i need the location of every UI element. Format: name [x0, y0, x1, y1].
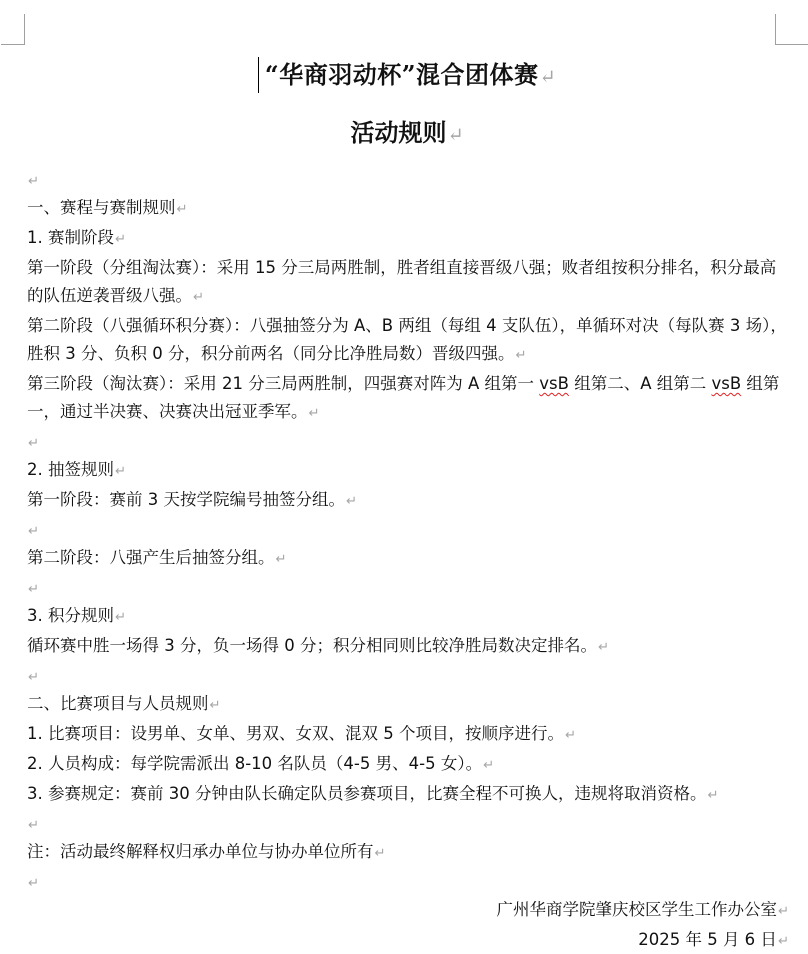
empty-paragraph: ↵	[27, 574, 787, 602]
draw-stage1-text: 第一阶段：赛前 3 天按学院编号抽签分组。	[27, 490, 345, 509]
paragraph-mark-icon: ↵	[28, 670, 39, 685]
paragraph-mark-icon: ↵	[115, 610, 126, 625]
paragraph-mark-icon: ↵	[540, 65, 557, 88]
title-text: “华商羽动杯”混合团体赛	[265, 60, 539, 89]
stage1-paragraph: 第一阶段（分组淘汰赛）：采用 15 分三局两胜制，胜者组直接晋级八强；败者组按积…	[27, 254, 787, 312]
paragraph-mark-icon: ↵	[276, 552, 287, 567]
paragraph-mark-icon: ↵	[177, 202, 188, 217]
paragraph-mark-icon: ↵	[115, 232, 126, 247]
section2-item: 2. 人员构成：每学院需派出 8-10 名队员（4-5 男、4-5 女）。↵	[27, 750, 787, 780]
paragraph-mark-icon: ↵	[375, 846, 386, 861]
organization-text: 广州华商学院肇庆校区学生工作办公室	[496, 900, 777, 919]
spellcheck-flagged-word[interactable]: vsB	[539, 374, 569, 393]
paragraph-mark-icon: ↵	[778, 904, 789, 919]
paragraph-mark-icon: ↵	[483, 758, 494, 773]
paragraph-mark-icon: ↵	[346, 494, 357, 509]
section1-heading: 一、赛程与赛制规则↵	[27, 194, 787, 224]
section2-item-text: 3. 参赛规定：赛前 30 分钟由队长确定队员参赛项目，比赛全程不可换人，违规将…	[27, 784, 706, 803]
spellcheck-flagged-word[interactable]: vsB	[711, 374, 741, 393]
draw-stage1-paragraph: 第一阶段：赛前 3 天按学院编号抽签分组。↵	[27, 486, 787, 516]
paragraph-mark-icon: ↵	[707, 788, 718, 803]
section2-heading: 二、比赛项目与人员规则↵	[27, 690, 787, 720]
paragraph-mark-icon: ↵	[447, 123, 463, 146]
document-page[interactable]: “华商羽动杯”混合团体赛↵ 活动规则↵ ↵ 一、赛程与赛制规则↵ 1. 赛制阶段…	[27, 50, 787, 954]
subtitle-text: 活动规则	[350, 118, 446, 147]
paragraph-mark-icon: ↵	[193, 290, 204, 305]
subsection-heading-text: 1. 赛制阶段	[27, 228, 114, 247]
stage2-text: 第二阶段（八强循环积分赛）：八强抽签分为 A、B 两组（每组 4 支队伍），单循…	[27, 316, 787, 363]
paragraph-mark-icon: ↵	[309, 406, 320, 421]
section2-heading-text: 二、比赛项目与人员规则	[27, 694, 209, 713]
paragraph-mark-icon: ↵	[28, 818, 39, 833]
subsection-heading-text: 2. 抽签规则	[27, 460, 114, 479]
subsection-heading-draw: 2. 抽签规则↵	[27, 456, 787, 486]
draw-stage2-text: 第二阶段：八强产生后抽签分组。	[27, 548, 275, 567]
empty-paragraph: ↵	[27, 428, 787, 456]
note-text: 注：活动最终解释权归承办单位与协办单位所有	[27, 842, 374, 861]
paragraph-mark-icon: ↵	[210, 698, 221, 713]
paragraph-mark-icon: ↵	[515, 348, 526, 363]
signature-organization: 广州华商学院肇庆校区学生工作办公室↵	[27, 896, 789, 926]
subsection-heading-scoring: 3. 积分规则↵	[27, 602, 787, 632]
stage2-paragraph: 第二阶段（八强循环积分赛）：八强抽签分为 A、B 两组（每组 4 支队伍），单循…	[27, 312, 787, 370]
section1-heading-text: 一、赛程与赛制规则	[27, 198, 176, 217]
paragraph-mark-icon: ↵	[28, 582, 39, 597]
document-subtitle: 活动规则↵	[27, 108, 787, 158]
stage1-text: 第一阶段（分组淘汰赛）：采用 15 分三局两胜制，胜者组直接晋级八强；败者组按积…	[27, 258, 776, 305]
draw-stage2-paragraph: 第二阶段：八强产生后抽签分组。↵	[27, 544, 787, 574]
stage3-text-part2: 组第二、A 组第二	[569, 374, 712, 393]
stage3-text-part1: 第三阶段（淘汰赛）：采用 21 分三局两胜制，四强赛对阵为 A 组第一	[27, 374, 539, 393]
signature-date: 2025 年 5 月 6 日↵	[27, 926, 789, 954]
top-right-margin-mark	[775, 14, 808, 45]
date-text: 2025 年 5 月 6 日	[638, 930, 777, 949]
scoring-rule-text: 循环赛中胜一场得 3 分，负一场得 0 分；积分相同则比较净胜局数决定排名。	[27, 636, 597, 655]
empty-paragraph: ↵	[27, 516, 787, 544]
paragraph-mark-icon: ↵	[28, 876, 39, 891]
empty-paragraph: ↵	[27, 810, 787, 838]
stage3-paragraph: 第三阶段（淘汰赛）：采用 21 分三局两胜制，四强赛对阵为 A 组第一 vsB …	[27, 370, 787, 428]
subsection-heading-format: 1. 赛制阶段↵	[27, 224, 787, 254]
section2-item: 1. 比赛项目：设男单、女单、男双、女双、混双 5 个项目，按顺序进行。↵	[27, 720, 787, 750]
top-left-margin-mark	[1, 14, 25, 45]
section2-item-text: 1. 比赛项目：设男单、女单、男双、女双、混双 5 个项目，按顺序进行。	[27, 724, 564, 743]
document-body: ↵ 一、赛程与赛制规则↵ 1. 赛制阶段↵ 第一阶段（分组淘汰赛）：采用 15 …	[27, 166, 787, 954]
empty-paragraph: ↵	[27, 166, 787, 194]
paragraph-mark-icon: ↵	[28, 436, 39, 451]
text-cursor	[258, 57, 259, 93]
paragraph-mark-icon: ↵	[598, 640, 609, 655]
paragraph-mark-icon: ↵	[28, 174, 39, 189]
note-paragraph: 注：活动最终解释权归承办单位与协办单位所有↵	[27, 838, 787, 868]
empty-paragraph: ↵	[27, 662, 787, 690]
scoring-rule-paragraph: 循环赛中胜一场得 3 分，负一场得 0 分；积分相同则比较净胜局数决定排名。↵	[27, 632, 787, 662]
paragraph-mark-icon: ↵	[778, 934, 789, 949]
paragraph-mark-icon: ↵	[565, 728, 576, 743]
empty-paragraph: ↵	[27, 868, 787, 896]
paragraph-mark-icon: ↵	[115, 464, 126, 479]
section2-item-text: 2. 人员构成：每学院需派出 8-10 名队员（4-5 男、4-5 女）。	[27, 754, 482, 773]
section2-item: 3. 参赛规定：赛前 30 分钟由队长确定队员参赛项目，比赛全程不可换人，违规将…	[27, 780, 787, 810]
paragraph-mark-icon: ↵	[28, 524, 39, 539]
document-title: “华商羽动杯”混合团体赛↵	[27, 50, 787, 100]
subsection-heading-text: 3. 积分规则	[27, 606, 114, 625]
